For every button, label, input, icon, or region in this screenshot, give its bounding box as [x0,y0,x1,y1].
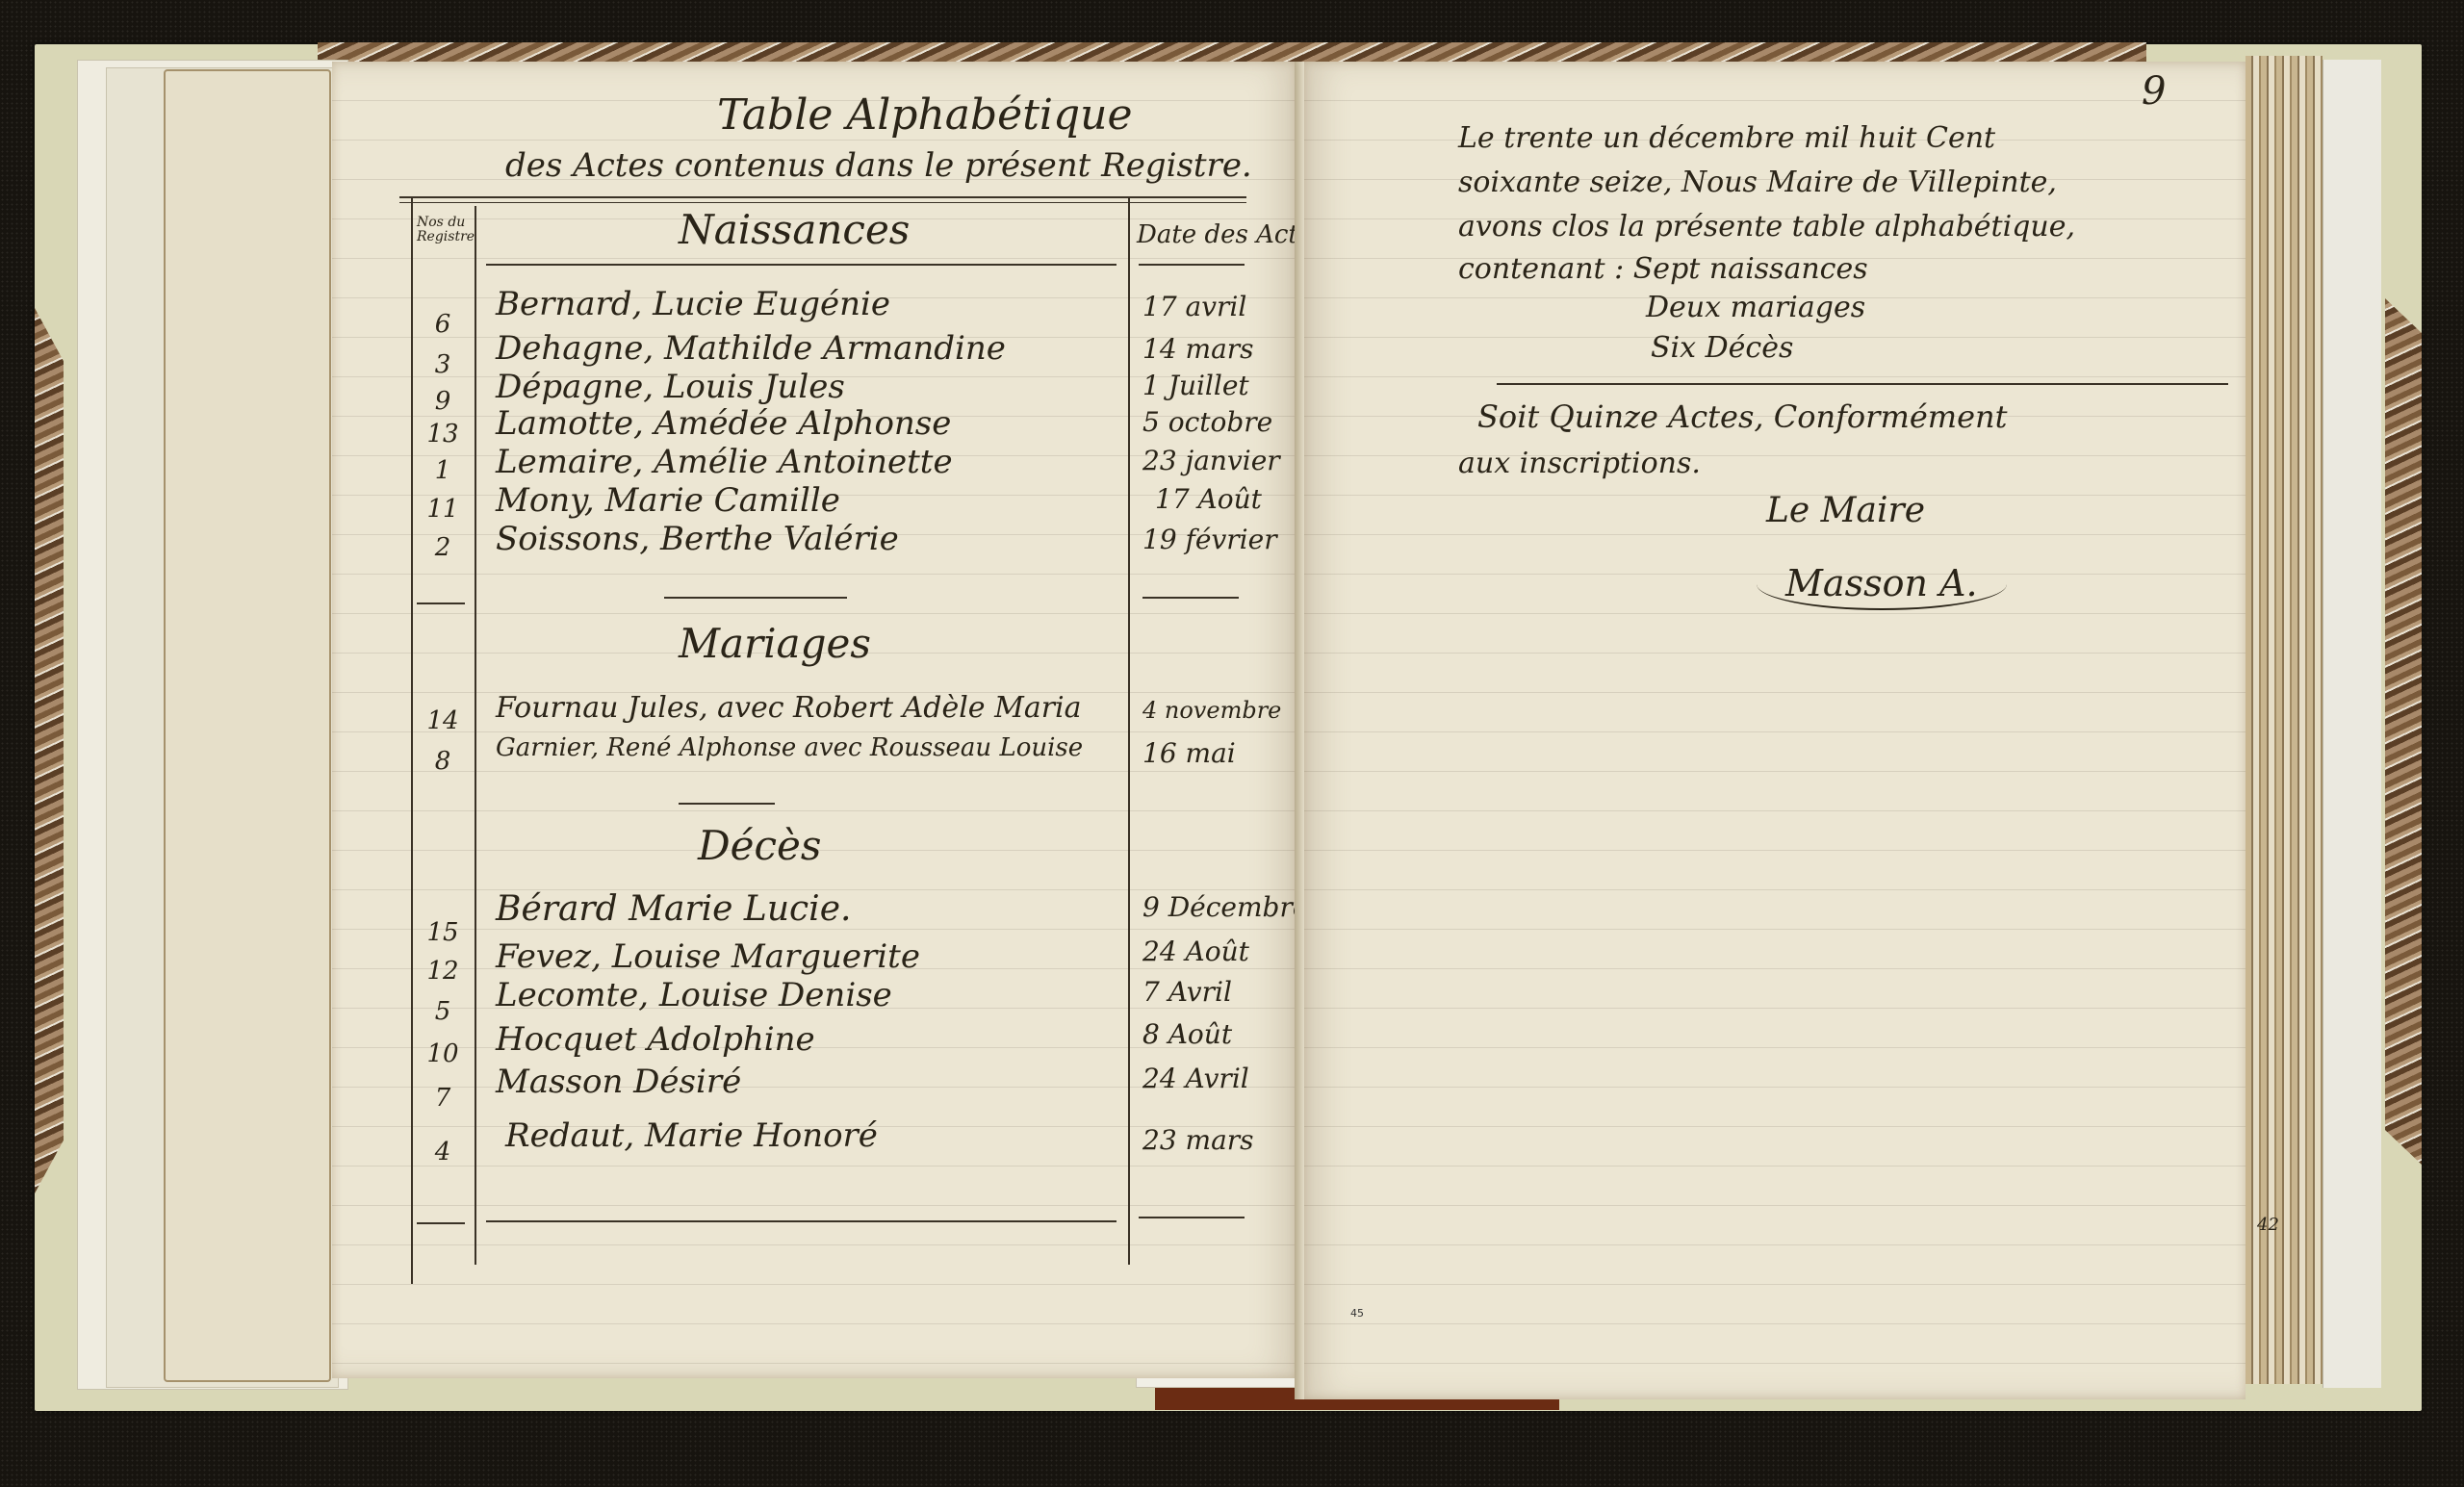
entry-name: Lamotte, Amédée Alphonse [496,404,951,443]
table-title: Table Alphabétique [717,90,1133,140]
marbled-edge-top [318,42,2146,62]
entry-name: Lecomte, Louise Denise [496,976,892,1014]
entry-number: 12 [423,957,462,986]
entry-number: 11 [423,495,462,524]
folio-number: 9 [2142,69,2166,114]
entry-number: 9 [423,387,462,416]
stamp-number: 45 [1350,1307,1364,1320]
entry-name: Redaut, Marie Honoré [505,1116,878,1155]
entry-number: 4 [423,1138,462,1167]
section-divider [1142,597,1239,599]
col-line-2 [475,206,476,1265]
header-rule [399,196,1246,198]
col-header-name: Naissances [679,206,910,253]
entry-date: 23 janvier [1142,445,1280,476]
page-edges-white [2323,60,2381,1388]
closing-rule [1497,383,2228,385]
entry-date: 24 Avril [1142,1063,1249,1094]
entry-date: 17 avril [1142,291,1246,322]
entry-name: Dépagne, Louis Jules [496,368,845,406]
entry-name: Mony, Marie Camille [496,481,840,520]
entry-number: 3 [423,350,462,379]
entry-name: Fournau Jules, avec Robert Adèle Maria [496,691,1082,725]
mayor-signature: Masson A. [1757,558,2007,610]
entry-number: 14 [423,706,462,735]
closing-line-1: Le trente un décembre mil huit Cent [1458,121,1995,155]
table-end-rule [486,1220,1116,1222]
marbled-edge-left [35,308,64,1193]
entry-name: Bérard Marie Lucie. [496,889,851,929]
header-rule-2 [399,202,1246,203]
entry-name: Fevez, Louise Marguerite [496,937,920,976]
entry-date: 8 Août [1142,1018,1232,1050]
section-heading-mariages: Mariages [679,620,871,667]
entry-number: 6 [423,310,462,339]
table-end-rule [1139,1217,1245,1218]
conclusion-line-1: Soit Quinze Actes, Conformément [1477,398,2008,435]
section-divider [679,803,775,805]
entry-date: 14 mars [1142,333,1254,365]
entry-name: Garnier, René Alphonse avec Rousseau Lou… [496,733,1083,762]
section-heading-deces: Décès [698,822,821,869]
entry-date: 4 novembre [1142,697,1281,724]
name-header-rule [486,264,1116,266]
entry-date: 5 octobre [1142,406,1272,438]
page-edges-right [2246,56,2323,1384]
col-line-3 [1128,196,1130,1265]
entry-number: 5 [423,997,462,1026]
entry-date: 7 Avril [1142,976,1232,1008]
entry-number: 13 [423,420,462,449]
date-header-rule [1139,264,1245,266]
entry-date: 9 Décembre [1142,891,1308,923]
flyleaf [164,69,331,1382]
marbled-edge-right [2385,298,2422,1165]
left-page: Table Alphabétique des Actes contenus da… [332,62,1296,1378]
entry-number: 8 [423,747,462,776]
entry-date: 16 mai [1142,737,1236,769]
table-subtitle: des Actes contenus dans le présent Regis… [505,146,1252,185]
entry-name: Bernard, Lucie Eugénie [496,285,890,323]
entry-date: 23 mars [1142,1124,1254,1156]
entry-date: 17 Août [1155,483,1262,515]
entry-name: Lemaire, Amélie Antoinette [496,443,953,481]
entry-date: 1 Juillet [1142,370,1249,401]
right-page: 9 Le trente un décembre mil huit Cent so… [1304,62,2246,1399]
entry-name: Hocquet Adolphine [496,1020,815,1059]
entry-number: 2 [423,533,462,562]
col-header-number: Nos du Registre [417,216,473,244]
entry-name: Masson Désiré [496,1063,741,1101]
count-mariages: Deux mariages [1646,291,1865,324]
closing-line-3: avons clos la présente table alphabétiqu… [1458,210,2075,244]
entry-number: 1 [423,456,462,485]
entry-date: 24 Août [1142,936,1249,967]
entry-number: 15 [423,918,462,947]
entry-date: 19 février [1142,524,1277,555]
signature-title: Le Maire [1766,491,1925,530]
entry-name: Dehagne, Mathilde Armandine [496,329,1006,368]
entry-number: 7 [423,1084,462,1113]
section-divider [417,602,465,604]
section-divider [664,597,847,599]
edge-mark: 42 [2257,1215,2279,1235]
closing-line-2: soixante seize, Nous Maire de Villepinte… [1458,166,2057,199]
table-end-rule [417,1222,465,1224]
entry-name: Soissons, Berthe Valérie [496,520,899,558]
count-deces: Six Décès [1651,331,1793,365]
closing-line-4: contenant : Sept naissances [1458,252,1868,286]
col-line-1 [411,196,413,1284]
entry-number: 10 [423,1039,462,1068]
conclusion-line-2: aux inscriptions. [1458,447,1701,480]
